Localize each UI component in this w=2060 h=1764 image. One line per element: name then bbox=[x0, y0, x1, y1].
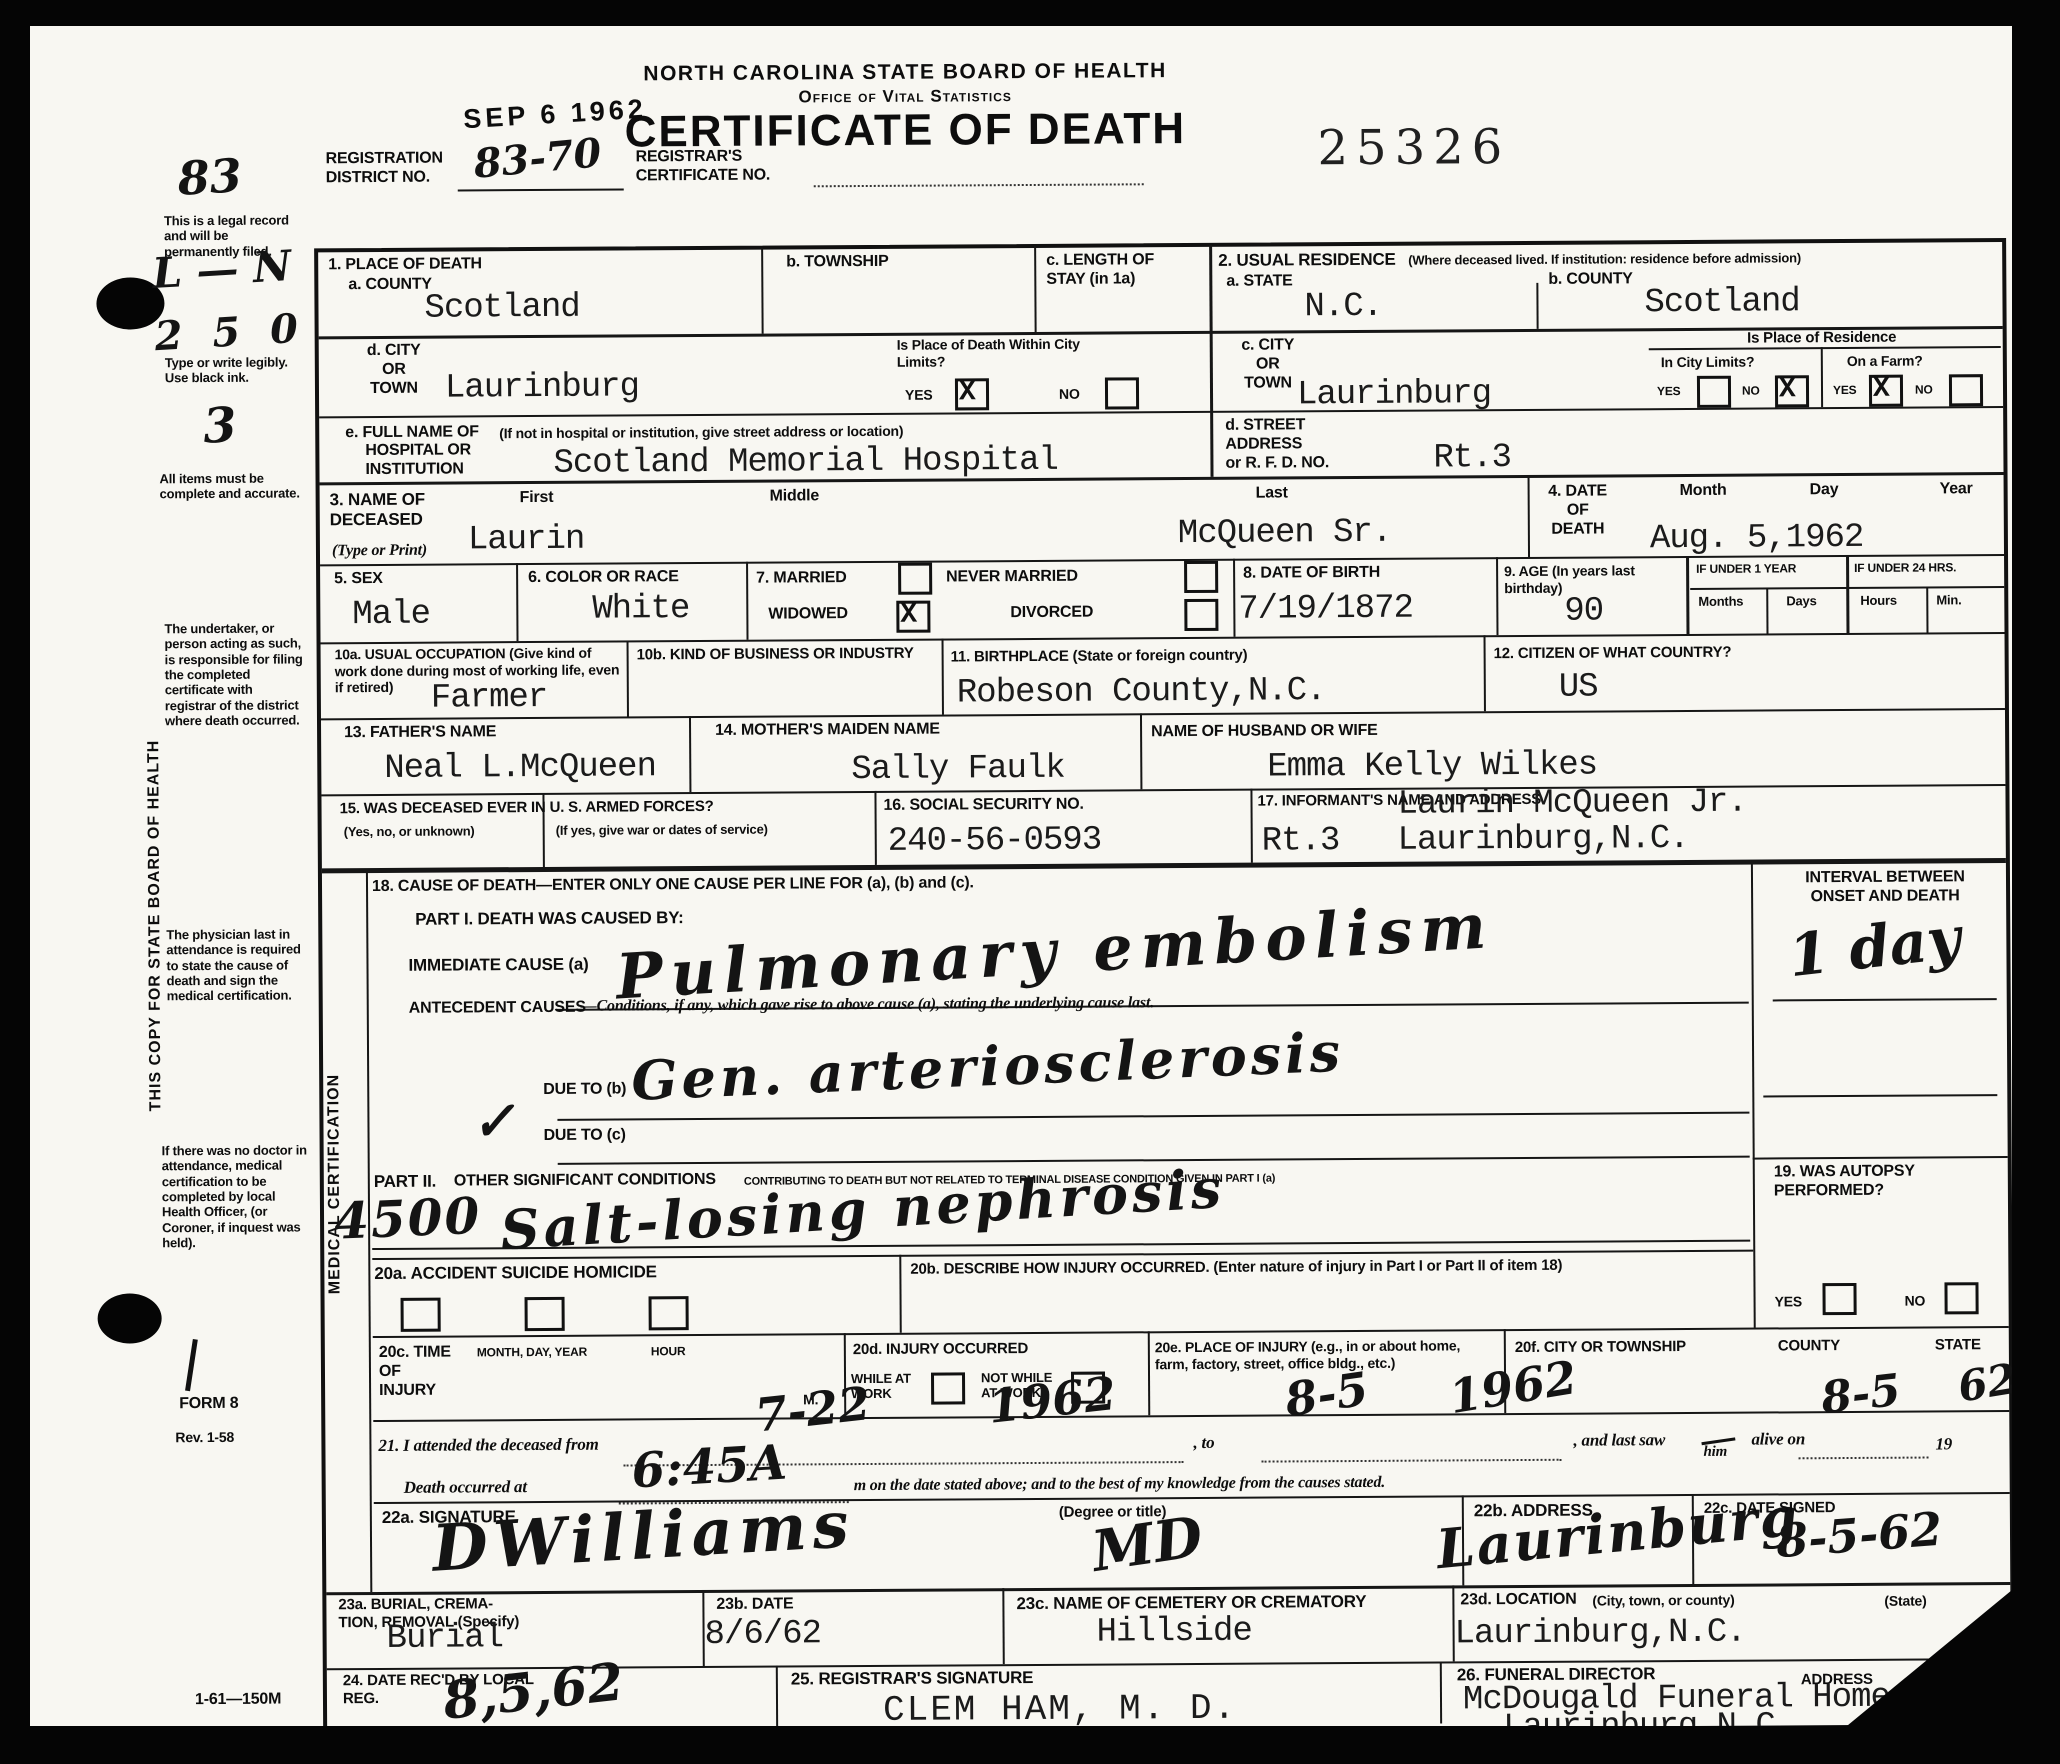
length-of-stay-label: c. LENGTH OF STAY (in 1a) bbox=[1046, 251, 1154, 289]
occupation-value: Farmer bbox=[431, 681, 548, 716]
him-label: him bbox=[1703, 1444, 1727, 1462]
org-name: NORTH CAROLINA STATE BOARD OF HEALTH bbox=[555, 59, 1255, 88]
in-city-limits-label: In City Limits? bbox=[1661, 354, 1755, 371]
hour-header: HOUR bbox=[651, 1344, 686, 1358]
scan-border-bottom bbox=[0, 1726, 2060, 1764]
attended-from-year: 1962 bbox=[986, 1373, 1118, 1428]
antecedent-description: —Conditions, if any, which gave rise to … bbox=[581, 994, 1154, 1016]
birthplace-label: 11. BIRTHPLACE (State or foreign country… bbox=[951, 647, 1248, 667]
hospital-value: Scotland Memorial Hospital bbox=[553, 444, 1058, 481]
age-label: 9. AGE (In years last birthday) bbox=[1504, 562, 1635, 596]
informant-address-value: Rt.3 Laurinburg,N.C. bbox=[1262, 822, 1689, 859]
industry-label: 10b. KIND OF BUSINESS OR INDUSTRY bbox=[637, 645, 937, 665]
hospital-label-paren: (If not in hospital or institution, give… bbox=[499, 423, 903, 442]
burial-value: Burial bbox=[387, 1621, 504, 1656]
certificate-number: 25326 bbox=[1317, 119, 1510, 176]
hospital-label: e. FULL NAME OF bbox=[345, 423, 479, 443]
county-value: Scotland bbox=[424, 291, 579, 326]
last-alive-year: 62 bbox=[1955, 1360, 2019, 1407]
day-header: Day bbox=[1810, 481, 1839, 500]
checkbox-divorced[interactable] bbox=[1184, 599, 1218, 631]
checkbox-married[interactable] bbox=[898, 563, 932, 595]
accident-suicide-homicide-label: 20a. ACCIDENT SUICIDE HOMICIDE bbox=[374, 1262, 657, 1284]
registrar-signature-value: CLEM HAM, M. D. bbox=[883, 1691, 1237, 1729]
attended-from-value: 7-22 bbox=[753, 1383, 872, 1437]
part1-label: PART I. DEATH WAS CAUSED BY: bbox=[415, 908, 683, 930]
divorced-label: DIVORCED bbox=[1010, 604, 1093, 623]
checkbox-accident[interactable] bbox=[401, 1298, 441, 1332]
margin-type-note: Type or write legibly. Use black ink. bbox=[165, 354, 293, 385]
x-mark: X bbox=[1873, 374, 1890, 405]
ssn-value: 240-56-0593 bbox=[888, 824, 1102, 859]
scan-border-top bbox=[0, 0, 2060, 26]
scan-border-left bbox=[0, 0, 30, 1764]
margin-physician-note: The physician last in attendance is requ… bbox=[166, 926, 308, 1004]
registrar-signature-label: 25. REGISTRAR'S SIGNATURE bbox=[791, 1668, 1034, 1690]
grid-line bbox=[1440, 1661, 1442, 1723]
first-name-value: Laurin bbox=[468, 523, 585, 558]
birthplace-value: Robeson County,N.C. bbox=[957, 674, 1326, 710]
margin-complete-note: All items must be complete and accurate. bbox=[159, 470, 301, 502]
street-address-value: Rt.3 bbox=[1433, 441, 1511, 475]
death-occurred-rest: m on the date stated above; and to the b… bbox=[854, 1474, 1385, 1496]
yes-label: YES bbox=[1657, 384, 1681, 398]
last-name-header: Last bbox=[1256, 484, 1288, 503]
checkbox-autopsy-yes[interactable] bbox=[1822, 1283, 1856, 1315]
min-header: Min. bbox=[1936, 592, 1961, 607]
armed-forces-paren2: (If yes, give war or dates of service) bbox=[556, 822, 768, 839]
informant-name-value: Laurin McQueen Jr. bbox=[1397, 786, 1746, 822]
checkbox-never-married[interactable] bbox=[1184, 561, 1218, 593]
grid-line bbox=[458, 188, 624, 191]
if-under-1-year-label: IF UNDER 1 YEAR bbox=[1696, 561, 1796, 576]
due-to-b-label: DUE TO (b) bbox=[543, 1080, 626, 1099]
checkbox-death-in-city-yes[interactable]: X bbox=[955, 378, 989, 410]
margin-number-3: 3 bbox=[202, 404, 238, 449]
time-of-injury-label: 20c. TIME OF INJURY bbox=[379, 1344, 451, 1401]
date-of-death-value: Aug. 5,1962 bbox=[1650, 521, 1864, 556]
injury-county-label: COUNTY bbox=[1778, 1337, 1840, 1355]
scan-content: 83 This is a legal record and will be pe… bbox=[0, 0, 2060, 1764]
yes-label: YES bbox=[905, 387, 933, 404]
last-name-value: McQueen Sr. bbox=[1178, 516, 1392, 551]
grid-line bbox=[1686, 556, 1689, 634]
date-of-birth-value: 7/19/1872 bbox=[1238, 592, 1413, 627]
cause-of-death-label: 18. CAUSE OF DEATH—ENTER ONLY ONE CAUSE … bbox=[372, 874, 974, 897]
citizen-label: 12. CITIZEN OF WHAT COUNTRY? bbox=[1494, 644, 1732, 663]
county-label: a. COUNTY bbox=[348, 276, 432, 295]
margin-vertical-copy-note: THIS COPY FOR STATE BOARD OF HEALTH bbox=[145, 645, 167, 1205]
city-value: Laurinburg bbox=[445, 370, 639, 405]
grid-line bbox=[1926, 587, 1928, 633]
month-day-year-header: MONTH, DAY, YEAR bbox=[477, 1345, 587, 1360]
type-or-print-label: (Type or Print) bbox=[332, 542, 427, 561]
married-label: 7. MARRIED bbox=[756, 569, 847, 588]
checkbox-residence-farm-yes[interactable]: X bbox=[1869, 375, 1903, 407]
yes-label: YES bbox=[1833, 383, 1857, 397]
city-or-town-label: d. CITY OR TOWN bbox=[349, 342, 439, 399]
mother-name-label: 14. MOTHER'S MAIDEN NAME bbox=[715, 721, 940, 741]
location-value: Laurinburg,N.C. bbox=[1455, 1616, 1746, 1652]
if-under-24-hrs-label: IF UNDER 24 HRS. bbox=[1854, 560, 1956, 575]
date-of-birth-label: 8. DATE OF BIRTH bbox=[1243, 564, 1380, 584]
part2-checkmark: ✓ bbox=[470, 1098, 516, 1147]
date-signed-value: 8-5-62 bbox=[1775, 1509, 1944, 1563]
checkbox-residence-city-yes[interactable] bbox=[1697, 376, 1731, 408]
days-header: Days bbox=[1786, 593, 1816, 609]
x-mark: X bbox=[1779, 374, 1796, 405]
race-label: 6. COLOR OR RACE bbox=[528, 568, 679, 588]
checkbox-autopsy-no[interactable] bbox=[1944, 1282, 1978, 1314]
antecedent-label: ANTECEDENT CAUSES bbox=[409, 999, 586, 1019]
registrar-certificate-label: REGISTRAR'S CERTIFICATE NO. bbox=[636, 148, 771, 187]
margin-undertaker-note: The undertaker, or person acting as such… bbox=[164, 620, 305, 728]
place-of-death-title: 1. PLACE OF DEATH bbox=[328, 255, 482, 275]
last-alive-value: 8-5 bbox=[1819, 1371, 1902, 1419]
checkbox-widowed[interactable]: X bbox=[896, 601, 930, 633]
margin-form-number: FORM 8 bbox=[179, 1395, 238, 1414]
scan-border-right bbox=[2012, 0, 2060, 1764]
residence-county-label: b. COUNTY bbox=[1548, 270, 1633, 289]
city-limits-question: Is Place of Death Within City Limits? bbox=[897, 335, 1217, 370]
margin-print-code: 1-61—150M bbox=[195, 1691, 281, 1710]
checkbox-residence-farm-no[interactable] bbox=[1949, 374, 1983, 406]
due-to-c-label: DUE TO (c) bbox=[543, 1126, 625, 1145]
grid-line bbox=[776, 1666, 778, 1728]
margin-handwriting-l-n: L — N bbox=[151, 247, 292, 293]
part2-stamp-number: 4500 bbox=[333, 1193, 482, 1244]
x-mark: X bbox=[900, 600, 917, 631]
registration-district-label: REGISTRATION DISTRICT NO. bbox=[326, 150, 444, 188]
residence-city-value: Laurinburg bbox=[1297, 377, 1491, 412]
location-label: 23d. LOCATION bbox=[1460, 1591, 1576, 1611]
immediate-cause-label: IMMEDIATE CAUSE (a) bbox=[408, 955, 588, 976]
injury-state-label: STATE bbox=[1935, 1336, 1981, 1354]
no-label: NO bbox=[1059, 386, 1080, 403]
pen-mark bbox=[185, 1339, 198, 1391]
race-value: White bbox=[592, 592, 689, 627]
hole-punch bbox=[97, 1293, 161, 1343]
no-label: NO bbox=[1905, 1293, 1926, 1310]
death-occurred-label: Death occurred at bbox=[404, 1477, 527, 1498]
margin-handwriting-250: 2 5 0 bbox=[154, 310, 307, 355]
residence-county-value: Scotland bbox=[1644, 285, 1799, 320]
injury-occurred-label: 20d. INJURY OCCURRED bbox=[853, 1340, 1028, 1359]
date-of-death-label: 4. DATE OF DEATH bbox=[1538, 482, 1618, 539]
armed-forces-label: 15. WAS DECEASED EVER IN U. S. ARMED FOR… bbox=[339, 798, 713, 818]
state-value: N.C. bbox=[1304, 290, 1382, 324]
scanned-death-certificate: 83 This is a legal record and will be pe… bbox=[0, 0, 2060, 1764]
death-time-value: 6:45A bbox=[630, 1441, 787, 1493]
checkbox-death-in-city-no[interactable] bbox=[1105, 377, 1139, 409]
interval-value: 1 day bbox=[1786, 911, 1963, 982]
father-name-label: 13. FATHER'S NAME bbox=[344, 723, 496, 743]
never-married-label: NEVER MARRIED bbox=[946, 568, 1078, 588]
registration-district-value: 83-70 bbox=[472, 135, 603, 183]
attended-to-label: , to bbox=[1193, 1433, 1214, 1453]
burial-date-value: 8/6/62 bbox=[704, 1617, 821, 1652]
degree-value: MD bbox=[1089, 1512, 1206, 1578]
no-label: NO bbox=[1742, 384, 1760, 398]
township-label: b. TOWNSHIP bbox=[786, 253, 889, 273]
attended-from-label: 21. I attended the deceased from bbox=[378, 1435, 598, 1456]
injury-city-label: 20f. CITY OR TOWNSHIP bbox=[1515, 1338, 1686, 1357]
checkbox-homicide[interactable] bbox=[649, 1296, 689, 1330]
cemetery-label: 23c. NAME OF CEMETERY OR CREMATORY bbox=[1016, 1592, 1366, 1614]
margin-number-83: 83 bbox=[177, 155, 243, 200]
month-header: Month bbox=[1680, 482, 1727, 501]
autopsy-label: 19. WAS AUTOPSY PERFORMED? bbox=[1774, 1162, 1994, 1201]
widowed-label: WIDOWED bbox=[768, 605, 848, 624]
checkbox-suicide[interactable] bbox=[525, 1297, 565, 1331]
interval-label: INTERVAL BETWEEN ONSET AND DEATH bbox=[1770, 868, 2000, 907]
medical-certification-strip: MEDICAL CERTIFICATION bbox=[324, 944, 346, 1424]
hours-header: Hours bbox=[1860, 593, 1897, 609]
year-header: Year bbox=[1940, 480, 1973, 499]
first-name-header: First bbox=[520, 489, 554, 508]
attended-to-value: 8-5 bbox=[1283, 1368, 1371, 1421]
printed-19: 19 bbox=[1935, 1434, 1952, 1454]
state-label: a. STATE bbox=[1226, 272, 1292, 291]
last-saw-label: , and last saw bbox=[1573, 1430, 1665, 1451]
checkbox-residence-city-no[interactable]: X bbox=[1775, 375, 1809, 407]
ssn-label: 16. SOCIAL SECURITY NO. bbox=[883, 796, 1083, 816]
middle-name-header: Middle bbox=[770, 487, 820, 506]
armed-forces-paren1: (Yes, no, or unknown) bbox=[344, 823, 475, 839]
place-of-residence-label: Is Place of Residence bbox=[1697, 328, 1947, 347]
alive-on-label: alive on bbox=[1751, 1429, 1805, 1449]
on-a-farm-label: On a Farm? bbox=[1847, 353, 1923, 370]
yes-label: YES bbox=[1775, 1293, 1803, 1310]
x-mark: X bbox=[959, 377, 976, 408]
mother-name-value: Sally Faulk bbox=[851, 752, 1065, 787]
father-name-value: Neal L.McQueen bbox=[384, 750, 656, 786]
page-corner-fold bbox=[1842, 1590, 2012, 1730]
grid-line bbox=[1536, 283, 1538, 329]
street-address-label: d. STREET ADDRESS or R. F. D. NO. bbox=[1225, 416, 1329, 473]
margin-revision: Rev. 1-58 bbox=[175, 1429, 234, 1446]
checkbox-while-at-work[interactable] bbox=[931, 1372, 965, 1404]
grid-line bbox=[1846, 555, 1849, 633]
grid-line bbox=[1821, 347, 1823, 407]
burial-date-label: 23b. DATE bbox=[716, 1595, 793, 1614]
margin-no-doctor-note: If there was no doctor in attendance, me… bbox=[162, 1142, 311, 1250]
residence-title-paren: (Where deceased lived. If institution: r… bbox=[1408, 250, 1801, 268]
sex-value: Male bbox=[352, 598, 430, 632]
citizen-value: US bbox=[1559, 671, 1598, 705]
cemetery-value: Hillside bbox=[1096, 1615, 1251, 1650]
no-label: NO bbox=[1915, 382, 1933, 396]
hospital-label-2: HOSPITAL OR INSTITUTION bbox=[365, 441, 471, 479]
spouse-label: NAME OF HUSBAND OR WIFE bbox=[1151, 722, 1378, 742]
age-value: 90 bbox=[1564, 594, 1603, 628]
location-paren-label: (City, town, or county) bbox=[1592, 1592, 1734, 1609]
spouse-value: Emma Kelly Wilkes bbox=[1267, 749, 1597, 785]
name-of-deceased-label: 3. NAME OF DECEASED bbox=[330, 490, 426, 531]
sex-label: 5. SEX bbox=[334, 570, 383, 589]
months-header: Months bbox=[1698, 594, 1743, 610]
grid-line bbox=[1766, 587, 1768, 633]
blank-rule bbox=[814, 183, 1144, 187]
residence-title: 2. USUAL RESIDENCE bbox=[1218, 250, 1396, 271]
